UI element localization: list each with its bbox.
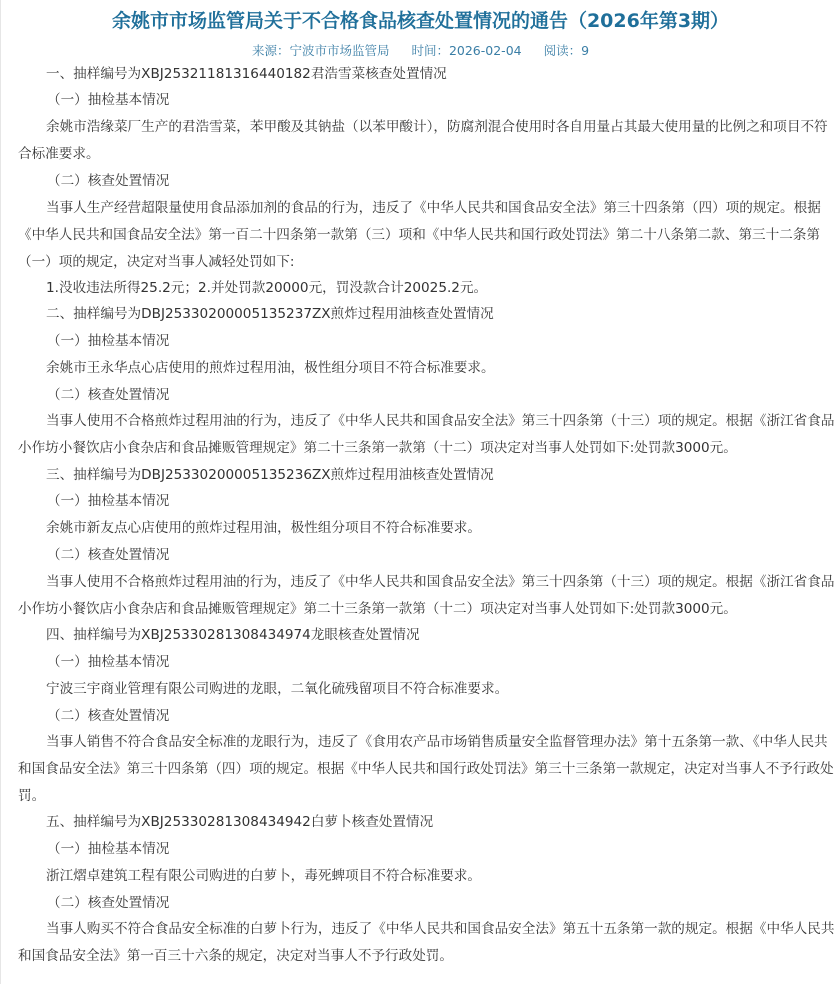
subsection-heading: （一）抽检基本情况 xyxy=(47,491,169,511)
section-heading: 四、抽样编号为XBJ25330281308434974龙眼核查处置情况 xyxy=(46,625,420,645)
section-heading: 五、抽样编号为XBJ25330281308434942白萝卜核查处置情况 xyxy=(46,812,433,832)
paragraph-line: 浙江熠卓建筑工程有限公司购进的白萝卜，毒死蜱项目不符合标准要求。 xyxy=(46,866,481,886)
article-page: 余姚市市场监管局关于不合格食品核查处置情况的通告（2026年第3期） 来源：宁波… xyxy=(0,0,839,984)
paragraph-continuation: 和国食品安全法》第三十四条第（四）项的规定。根据《中华人民共和国行政处罚法》第三… xyxy=(18,759,834,779)
paragraph-continuation: 和国食品安全法》第一百三十六条的规定，决定对当事人不予行政处罚。 xyxy=(18,946,453,966)
paragraph-line: 宁波三宇商业管理有限公司购进的龙眼，二氧化硫残留项目不符合标准要求。 xyxy=(46,679,508,699)
subsection-heading: （二）核查处置情况 xyxy=(47,385,169,405)
article-title: 余姚市市场监管局关于不合格食品核查处置情况的通告（2026年第3期） xyxy=(1,6,839,33)
time-label: 时间：2026-02-04 xyxy=(411,43,521,58)
paragraph-continuation: （一）项的规定，决定对当事人减轻处罚如下: xyxy=(18,252,294,272)
paragraph-continuation: 小作坊小餐饮店小食杂店和食品摊贩管理规定》第二十三条第一款第（十二）项决定对当事… xyxy=(18,599,737,619)
subsection-heading: （二）核查处置情况 xyxy=(47,545,169,565)
source-label: 来源：宁波市市场监管局 xyxy=(252,43,390,58)
paragraph-line: 余姚市浩缘菜厂生产的君浩雪菜，苯甲酸及其钠盐（以苯甲酸计），防腐剂混合使用时各自… xyxy=(46,117,828,137)
subsection-heading: （二）核查处置情况 xyxy=(47,706,169,726)
paragraph-line: 1.没收违法所得25.2元；2.并处罚款20000元，罚没款合计20025.2元… xyxy=(46,278,487,298)
reads-label: 阅读：9 xyxy=(544,43,589,58)
subsection-heading: （一）抽检基本情况 xyxy=(47,90,169,110)
paragraph-line: 余姚市新友点心店使用的煎炸过程用油，极性组分项目不符合标准要求。 xyxy=(46,518,481,538)
paragraph-line: 当事人使用不合格煎炸过程用油的行为，违反了《中华人民共和国食品安全法》第三十四条… xyxy=(46,411,834,431)
paragraph-line: 当事人购买不符合食品安全标准的白萝卜行为，违反了《中华人民共和国食品安全法》第五… xyxy=(46,919,834,939)
paragraph-line: 当事人销售不符合食品安全标准的龙眼行为，违反了《食用农产品市场销售质量安全监督管… xyxy=(46,732,828,752)
paragraph-continuation: 罚。 xyxy=(18,786,45,806)
paragraph-line: 余姚市王永华点心店使用的煎炸过程用油，极性组分项目不符合标准要求。 xyxy=(46,358,495,378)
subsection-heading: （二）核查处置情况 xyxy=(47,893,169,913)
paragraph-line: 当事人使用不合格煎炸过程用油的行为，违反了《中华人民共和国食品安全法》第三十四条… xyxy=(46,572,834,592)
paragraph-continuation: 合标准要求。 xyxy=(18,144,100,164)
paragraph-continuation: 《中华人民共和国食品安全法》第一百二十四条第一款第（三）项和《中华人民共和国行政… xyxy=(18,225,820,245)
section-heading: 一、抽样编号为XBJ25321181316440182君浩雪菜核查处置情况 xyxy=(46,64,447,84)
section-heading: 二、抽样编号为DBJ25330200005135237ZX煎炸过程用油核查处置情… xyxy=(46,304,494,324)
article-meta: 来源：宁波市市场监管局 时间：2026-02-04 阅读：9 xyxy=(1,41,839,59)
subsection-heading: （一）抽检基本情况 xyxy=(47,839,169,859)
paragraph-continuation: 小作坊小餐饮店小食杂店和食品摊贩管理规定》第二十三条第一款第（十二）项决定对当事… xyxy=(18,438,737,458)
section-heading: 三、抽样编号为DBJ25330200005135236ZX煎炸过程用油核查处置情… xyxy=(46,465,494,485)
subsection-heading: （二）核查处置情况 xyxy=(47,171,169,191)
subsection-heading: （一）抽检基本情况 xyxy=(47,652,169,672)
subsection-heading: （一）抽检基本情况 xyxy=(47,331,169,351)
paragraph-line: 当事人生产经营超限量使用食品添加剂的食品的行为，违反了《中华人民共和国食品安全法… xyxy=(46,198,821,218)
